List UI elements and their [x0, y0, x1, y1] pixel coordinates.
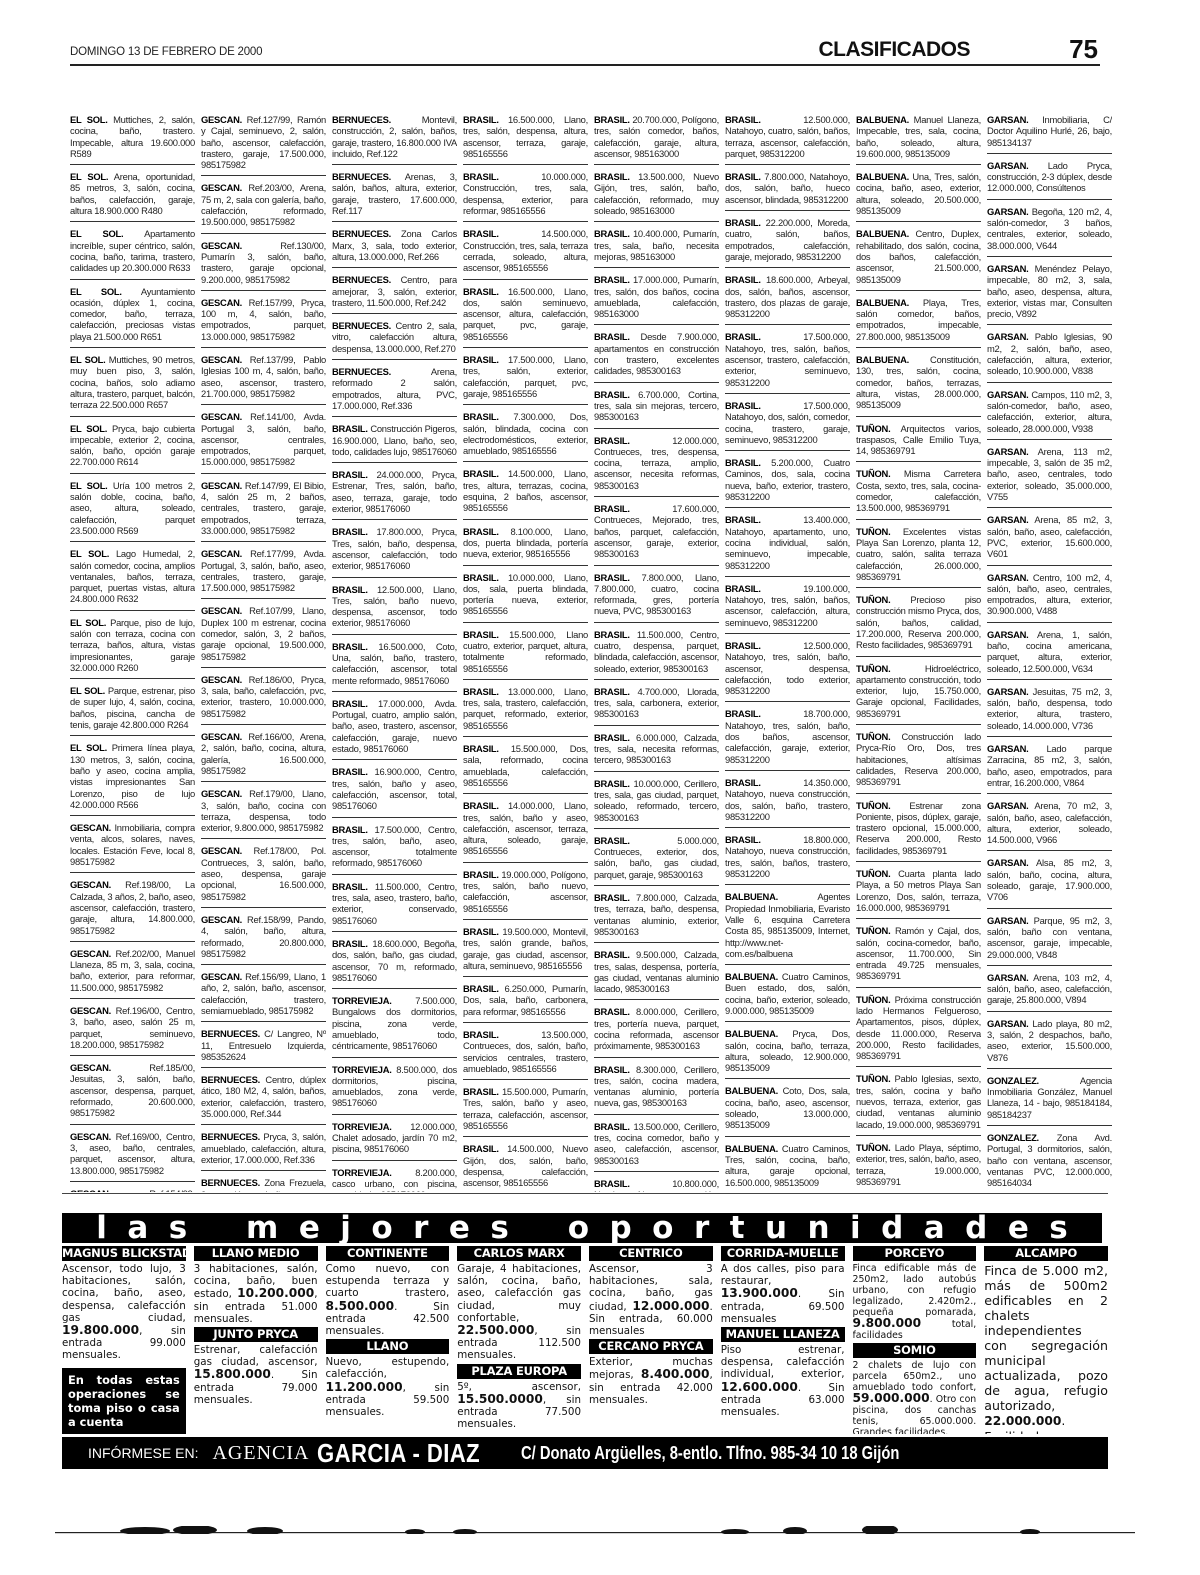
featured-text: 2 chalets de lujo con parcela 650m2., un…: [853, 1360, 977, 1393]
classified-ad: BALBUENA. Agentes Propiedad Inmobiliaria…: [725, 889, 850, 965]
banner-space: [529, 1213, 547, 1243]
featured-title: LLANO MEDIO: [194, 1246, 318, 1261]
ad-advertiser: BRASIL.: [594, 629, 630, 640]
featured-description: Exterior, muchas mejoras, 8.400.000, sin…: [589, 1356, 713, 1406]
classified-ad: BRASIL. 12.000.000, Contrueces, tres, de…: [594, 433, 719, 497]
ad-advertiser: BALBUENA.: [856, 354, 909, 365]
featured-title: PORCEYO: [853, 1246, 977, 1261]
featured-title: CERCANO PRYCA: [589, 1339, 713, 1354]
ad-advertiser: BRASIL.: [463, 926, 499, 937]
classified-ad: BRASIL. 17.800.000, Pryca, Tres, salón, …: [332, 524, 457, 577]
classified-ad: BRASIL. 15.500.000, Pumarín, Tres, salón…: [463, 1084, 588, 1137]
ad-advertiser: BRASIL.: [463, 983, 499, 994]
classified-ad: BRASIL. 17.500.000, Natahoyo, tres, saló…: [725, 329, 850, 393]
classified-ad: GESCAN. Ref.107/99, Llano, Duplex 100 m …: [201, 603, 326, 667]
featured-title: CORRIDA-MUELLE: [721, 1246, 845, 1261]
classified-ad: BRASIL. 17.500.000, Natahoyo, dos, salón…: [725, 398, 850, 451]
featured-text: Finca de 5.000 m2, más de 500m2 edificab…: [984, 1263, 1108, 1413]
banner-letter: s: [1049, 1213, 1067, 1243]
ad-advertiser: BALBUENA.: [725, 1028, 778, 1039]
ad-advertiser: BALBUENA.: [725, 1085, 778, 1096]
classified-ad: GARSAN. Alsa, 85 m2, 3, salón, baño, coc…: [987, 855, 1112, 908]
featured-description: Finca edificable más de 250m2, lado auto…: [853, 1263, 977, 1341]
ad-advertiser: TUÑON.: [856, 994, 890, 1005]
classified-ad: BRASIL. 9.500.000, Calzada, tres, salas,…: [594, 947, 719, 1000]
ad-advertiser: GESCAN.: [70, 948, 111, 959]
classified-ad: BRASIL. 17.000.000, Pumarín, tres, salón…: [594, 272, 719, 325]
featured-description: Ascensor, todo lujo, 3 habitaciones, sal…: [62, 1263, 186, 1362]
classified-ad: GESCAN. Ref.141/00, Avda. Portugal 3, sa…: [201, 409, 326, 473]
banner-letter: d: [965, 1213, 987, 1243]
featured-text: Estrenar, calefacción gas ciudad, ascens…: [194, 1344, 318, 1368]
ad-advertiser: BRASIL.: [332, 526, 368, 537]
footer-address: C/ Donato Argüelles, 8-entlo. Tlfno. 985…: [521, 1443, 899, 1464]
ad-advertiser: BERNUECES.: [332, 228, 391, 239]
featured-text: Como nuevo, con estupenda terraza y cuar…: [326, 1263, 450, 1299]
ad-advertiser: BRASIL.: [725, 331, 761, 342]
ad-advertiser: BALBUENA.: [856, 114, 909, 125]
ad-advertiser: TUÑON.: [856, 731, 890, 742]
classified-ad: GESCAN. Ref.196/00, Centro, 3, baño, ase…: [70, 1003, 195, 1056]
banner-letter: m: [246, 1213, 278, 1243]
ad-advertiser: GARSAN.: [987, 331, 1028, 342]
banner-letter: p: [610, 1213, 632, 1243]
ad-advertiser: BERNUECES.: [201, 1177, 260, 1188]
ad-advertiser: GARSAN.: [987, 743, 1028, 754]
classified-ad: BALBUENA. Playa, Tres, salón comedor, ba…: [856, 295, 981, 348]
scan-noise-decoration: [55, 1526, 1135, 1534]
classified-column: GARSAN. Inmobiliaria, C/ Doctor Aquilino…: [987, 112, 1112, 1192]
classified-ad: BRASIL. 13.500.000, Cerillero, tres, coc…: [594, 1119, 719, 1172]
banner-letter: o: [371, 1213, 392, 1243]
classified-ad: GESCAN. Ref.147/99, El Bibio, 4, salón 2…: [201, 478, 326, 542]
ad-advertiser: BRASIL.: [725, 834, 761, 845]
classified-ad: EL SOL. Parque, estrenar, piso de super …: [70, 683, 195, 736]
ad-advertiser: BRASIL.: [594, 835, 630, 846]
featured-price: 59.000.000: [853, 1391, 930, 1405]
classified-ad: TUÑON. Próxima construcción lado Hermano…: [856, 992, 981, 1068]
ad-advertiser: BRASIL.: [725, 400, 761, 411]
banner-letter: j: [340, 1213, 351, 1243]
ad-advertiser: BRASIL.: [594, 1178, 630, 1189]
ad-advertiser: GARSAN.: [987, 389, 1028, 400]
featured-title: MAGNUS BLICKSTAD: [62, 1246, 186, 1261]
classified-ad: TUÑON. Precioso piso construcción mismo …: [856, 592, 981, 656]
classified-ad: TORREVIEJA. 8.500.000, dos dormitorios, …: [332, 1062, 457, 1115]
classified-ad: BRASIL. 8.000.000, Cerillero, tres, port…: [594, 1004, 719, 1057]
classified-ad: BRASIL. 15.500.000, Llano cuatro, exteri…: [463, 627, 588, 680]
ad-advertiser: EL SOL.: [70, 548, 109, 559]
ad-advertiser: TUÑON.: [856, 663, 890, 674]
classified-ad: GESCAN. Ref.130/00, Pumarín 3, salón, ba…: [201, 238, 326, 291]
featured-description: 2 chalets de lujo con parcela 650m2., un…: [853, 1360, 977, 1434]
classified-ad: BRASIL. 18.700.000, Natahoyo, tres, saló…: [725, 706, 850, 770]
classified-ad: BRASIL. 8.100.000, Llano, dos, puerta bl…: [463, 524, 588, 566]
classified-ad: BRASIL. 7.300.000, Dos, salón, blindada,…: [463, 409, 588, 462]
featured-price: 15.800.000: [194, 1367, 271, 1381]
featured-price: 12.000.000: [632, 1299, 709, 1313]
ad-advertiser: BRASIL.: [594, 171, 630, 182]
banner-letter: o: [652, 1213, 673, 1243]
classified-ad: GESCAN. Ref.157/99, Pryca, 100 m, 4, sal…: [201, 295, 326, 348]
featured-column: CONTINENTEComo nuevo, con estupenda terr…: [326, 1244, 450, 1434]
classified-ad: TUÑON. Cuarta planta lado Playa, a 50 me…: [856, 866, 981, 919]
classified-ad: BRASIL. 16.900.000, Centro, tres, salón,…: [332, 764, 457, 817]
ad-advertiser: BERNUECES.: [332, 171, 391, 182]
classified-ad: GARSAN. Campos, 110 m2, 3, salón-comedor…: [987, 387, 1112, 440]
classified-ad: GARSAN. Lado playa, 80 m2, 3, salón, 2 d…: [987, 1016, 1112, 1069]
classified-ad: EL SOL. Pryca, bajo cubierta impecable, …: [70, 421, 195, 474]
ad-advertiser: BRASIL.: [594, 331, 630, 342]
ad-advertiser: GESCAN.: [201, 548, 242, 559]
ad-advertiser: BRASIL.: [463, 1029, 499, 1040]
ad-advertiser: BRASIL.: [725, 274, 761, 285]
ad-advertiser: GARSAN.: [987, 114, 1028, 125]
ad-advertiser: BRASIL.: [594, 1064, 630, 1075]
ad-advertiser: EL SOL.: [70, 286, 122, 297]
section-title: CLASIFICADOS: [819, 38, 971, 62]
classified-ad: BRASIL. 11.500.000, Centro, tres, sala, …: [332, 879, 457, 932]
classified-ad: TUÑON. Pablo Iglesias, sexto, tres, saló…: [856, 1071, 981, 1135]
ad-advertiser: TUÑON.: [856, 1073, 890, 1084]
classified-ad: BRASIL. 17.000.000, Avda. Portugal, cuat…: [332, 696, 457, 760]
ad-advertiser: BRASIL.: [332, 423, 368, 434]
classified-ad: TUÑON. Misma Carretera Costa, sexto, tre…: [856, 466, 981, 519]
ad-advertiser: BRASIL.: [725, 583, 761, 594]
classified-ad: BERNUECES. Pryca, 3, salón, amueblado, c…: [201, 1129, 326, 1171]
ad-advertiser: BRASIL.: [594, 274, 630, 285]
featured-price: 12.600.000: [721, 1380, 798, 1394]
ad-advertiser: EL SOL.: [70, 114, 108, 125]
classified-ad: GESCAN. Ref.169/00, Centro, 3, aseo, bañ…: [70, 1129, 195, 1182]
ad-advertiser: GARSAN.: [987, 572, 1028, 583]
classified-ad: BRASIL. 18.600.000, Begoña, dos, salón, …: [332, 936, 457, 989]
classified-ad: EL SOL. Muttiches, 90 metros, muy buen p…: [70, 352, 195, 416]
classified-ad: GESCAN. Ref.166/00, Arena, 2, salón, bañ…: [201, 729, 326, 782]
ad-advertiser: BALBUENA.: [725, 891, 778, 902]
featured-column: PORCEYOFinca edificable más de 250m2, la…: [853, 1244, 977, 1434]
featured-text: Garaje, 4 habitaciones, salón, cocina, b…: [457, 1263, 581, 1324]
classified-ad: BRASIL. 13.400.000, Natahoyo, apartament…: [725, 512, 850, 576]
ad-advertiser: GESCAN.: [201, 411, 242, 422]
classified-ad: GARSAN. Arena, 113 m2, impecable, 3, sal…: [987, 444, 1112, 508]
ad-advertiser: EL SOL.: [70, 354, 105, 365]
classified-ad: GESCAN. Ref.179/00, Llano, 3, salón, bañ…: [201, 786, 326, 839]
banner-letter: o: [568, 1213, 589, 1243]
ad-advertiser: GARSAN.: [987, 686, 1028, 697]
featured-description: Como nuevo, con estupenda terraza y cuar…: [326, 1263, 450, 1337]
ad-advertiser: BRASIL.: [725, 114, 761, 125]
ad-advertiser: BRASIL.: [463, 1143, 499, 1154]
featured-column: CARLOS MARXGaraje, 4 habitaciones, salón…: [457, 1244, 581, 1434]
featured-column: LLANO MEDIO3 habitaciones, salón, cocina…: [194, 1244, 318, 1434]
classified-column: BALBUENA. Manuel Llaneza, Impecable, tre…: [856, 112, 981, 1192]
featured-title: SOMIO: [853, 1343, 977, 1358]
ad-advertiser: BRASIL.: [594, 228, 630, 239]
classified-ad: EL SOL. Uría 100 metros 2, salón doble, …: [70, 478, 195, 542]
classified-ad: BRASIL. 19.100.000, Natahoyo, tres, saló…: [725, 581, 850, 634]
classified-ad: BRASIL. 17.600.000, Contrueces, Mejorado…: [594, 501, 719, 565]
banner-space: [208, 1213, 226, 1243]
classified-ad: GARSAN. Pablo Iglesias, 90 m2, 2, salón,…: [987, 329, 1112, 382]
classified-ad: BRASIL. 5.200.000, Cuatro Caminos, dos, …: [725, 455, 850, 508]
featured-column: ALCAMPOFinca de 5.000 m2, más de 500m2 e…: [984, 1244, 1108, 1434]
classified-ad: EL SOL. Muttiches, 2, salón, cocina, bañ…: [70, 112, 195, 165]
issue-date: DOMINGO 13 DE FEBRERO DE 2000: [70, 46, 262, 58]
classified-ad: GESCAN. Ref.185/00, Jesuitas, 3, salón, …: [70, 1060, 195, 1124]
classified-ad: BRASIL. 10.800.000, Natahoyo, Nueva cons…: [594, 1176, 719, 1192]
ad-advertiser: BRASIL.: [725, 777, 761, 788]
classified-ad: BERNUECES. Centro, dúplex ático, 180 M2,…: [201, 1072, 326, 1125]
ad-advertiser: BRASIL.: [594, 949, 630, 960]
classified-ad: GESCAN. Ref.127/99, Ramón y Cajal, semin…: [201, 112, 326, 176]
page-number: 75: [1069, 34, 1098, 65]
ad-advertiser: TUÑON.: [856, 468, 890, 479]
ad-advertiser: GARSAN.: [987, 206, 1028, 217]
ad-advertiser: GARSAN.: [987, 446, 1028, 457]
banner-letter: d: [881, 1213, 903, 1243]
ad-advertiser: TUÑON.: [856, 526, 890, 537]
columns-bottom-rule: [62, 1193, 1108, 1194]
ad-advertiser: GARSAN.: [987, 857, 1028, 868]
featured-title: LLANO: [326, 1339, 450, 1354]
ad-advertiser: BRASIL.: [725, 217, 761, 228]
classified-ad: EL SOL. Apartamento increíble, super cén…: [70, 226, 195, 279]
ad-advertiser: BALBUENA.: [856, 171, 909, 182]
ad-advertiser: BRASIL.: [594, 732, 630, 743]
classified-ad: TUÑON. Construcción lado Pryca-Río Oro, …: [856, 729, 981, 793]
classified-column: BRASIL. 20.700.000, Polígono, tres, saló…: [594, 112, 719, 1192]
classified-ad: EL SOL. Primera línea playa, 130 metros,…: [70, 740, 195, 816]
classified-ad: BRASIL. 14.000.000, Llano, tres, salón, …: [463, 798, 588, 862]
classified-ad: BRASIL. 8.300.000, Cerillero, tres, saló…: [594, 1062, 719, 1115]
classified-ad: BALBUENA. Coto, Dos, sala, cocina, baño,…: [725, 1083, 850, 1136]
classified-ad: BERNUECES. Arena, reformado 2 salón, emp…: [332, 364, 457, 417]
featured-column: CORRIDA-MUELLEA dos calles, piso para re…: [721, 1244, 845, 1434]
classified-ad: GESCAN. Ref.177/99, Avda. Portugal, 3, s…: [201, 546, 326, 599]
featured-text: Nuevo, estupendo, calefacción,: [326, 1356, 450, 1380]
classified-ad: BRASIL. 16.500.000, Llano, tres, salón, …: [463, 112, 588, 165]
banner-letter: n: [808, 1213, 830, 1243]
classified-ad: GARSAN. Centro, 100 m2, 4, salón, baño, …: [987, 570, 1112, 623]
featured-price: 22.500.000: [457, 1323, 534, 1337]
ad-advertiser: BRASIL.: [594, 686, 630, 697]
classified-ad: GARSAN. Begoña, 120 m2, 4, salón-comedor…: [987, 204, 1112, 257]
ad-advertiser: GESCAN.: [201, 297, 242, 308]
classified-ad: TUÑON. Excelentes vistas Playa San Loren…: [856, 524, 981, 588]
classified-ad: BERNUECES. Montevil, construcción, 2, sa…: [332, 112, 457, 165]
ad-advertiser: GONZALEZ.: [987, 1132, 1039, 1143]
ad-advertiser: BRASIL.: [463, 869, 499, 880]
ad-advertiser: GESCAN.: [201, 480, 242, 491]
banner-letter: e: [1008, 1213, 1029, 1243]
featured-title: CENTRICO: [589, 1246, 713, 1261]
classified-ad: GARSAN. Parque, 95 m2, 3, salón, baño co…: [987, 913, 1112, 966]
classified-ad: BRASIL. 14.500.000, Llano, tres, altura,…: [463, 466, 588, 519]
classified-ad: EL SOL. Lago Humedal, 2, salón comedor, …: [70, 546, 195, 610]
banner-letter: s: [169, 1213, 187, 1243]
classified-ad: BALBUENA. Centro, Duplex, rehabilitado, …: [856, 226, 981, 290]
classified-column: EL SOL. Muttiches, 2, salón, cocina, bañ…: [70, 112, 195, 1192]
classified-ad: EL SOL. Arena, oportunidad, 85 metros, 3…: [70, 169, 195, 222]
classified-ad: EL SOL. Ayuntamiento ocasión, dúplex 1, …: [70, 284, 195, 348]
featured-description: 3 habitaciones, salón, cocina, baño, bue…: [194, 1263, 318, 1325]
classified-ad: BRASIL. Construcción Pigeros, 16.900.000…: [332, 421, 457, 463]
banner-letter: l: [96, 1213, 107, 1243]
classified-ad: BERNUECES. Zona Carlos Marx, 3, sala, to…: [332, 226, 457, 268]
ad-advertiser: BERNUECES.: [332, 274, 391, 285]
classified-ad: BRASIL. 10.000.000, Llano, dos, sala, pu…: [463, 570, 588, 623]
classified-ad: BRASIL. 24.000.000, Pryca, Estrenar, Tre…: [332, 467, 457, 520]
ad-advertiser: GARSAN.: [987, 972, 1028, 983]
ad-advertiser: BRASIL.: [594, 503, 630, 514]
classified-ad: BRASIL. 6.000.000, Calzada, tres, sala, …: [594, 730, 719, 772]
ad-advertiser: GONZALEZ.: [987, 1075, 1039, 1086]
ad-advertiser: BRASIL.: [463, 228, 499, 239]
banner-las-mejores-oportunidades: las mejores oportunidades: [62, 1213, 1102, 1243]
featured-text: Finca edificable más de 250m2, lado auto…: [853, 1263, 977, 1318]
classified-ad: GARSAN. Arena, 1, salón, baño, cocina am…: [987, 627, 1112, 680]
classified-ad: BRASIL. 14.350.000, Natahoyo, nueva cons…: [725, 775, 850, 828]
ad-advertiser: BRASIL.: [332, 766, 368, 777]
ad-advertiser: BALBUENA.: [725, 971, 778, 982]
classified-ad: EL SOL. Parque, piso de lujo, salón con …: [70, 615, 195, 679]
classified-ad: BRASIL. 13.500.000, Contrueces, dos, sal…: [463, 1027, 588, 1080]
ad-advertiser: BALBUENA.: [856, 297, 909, 308]
masthead: DOMINGO 13 DE FEBRERO DE 2000 CLASIFICAD…: [70, 38, 1100, 66]
classified-ad: BRASIL. 14.500.000, Nuevo Gijón, dos, sa…: [463, 1141, 588, 1192]
classified-ad: GONZALEZ. Zona Avd. Portugal, 3 dormitor…: [987, 1130, 1112, 1192]
ad-advertiser: BRASIL.: [463, 800, 499, 811]
ad-advertiser: GESCAN.: [201, 788, 242, 799]
ad-advertiser: BRASIL.: [594, 572, 630, 583]
classified-ad: BRASIL. 12.500.000, Llano, Tres, salón, …: [332, 582, 457, 635]
ad-advertiser: EL SOL.: [70, 423, 107, 434]
classified-ad: TUÑON. Ramón y Cajal, dos, salón, cocina…: [856, 923, 981, 987]
ad-advertiser: TUÑON.: [856, 1142, 890, 1153]
classified-ad: BRASIL. 13.500.000, Nuevo Gijón, tres, s…: [594, 169, 719, 222]
ad-advertiser: BRASIL.: [594, 114, 630, 125]
classified-column: BRASIL. 16.500.000, Llano, tres, salón, …: [463, 112, 588, 1192]
featured-description: Piso estrenar, despensa, calefacción ind…: [721, 1344, 845, 1418]
banner-letter: r: [413, 1213, 428, 1243]
classified-ad: BRASIL. 20.700.000, Polígono, tres, saló…: [594, 112, 719, 165]
ad-advertiser: GESCAN.: [201, 354, 242, 365]
featured-price: 8.500.000: [326, 1299, 395, 1313]
ad-advertiser: BRASIL.: [463, 743, 499, 754]
classified-ad: BRASIL. 6.700.000, Cortina, tres, sala s…: [594, 387, 719, 429]
featured-price: 8.400.000: [641, 1367, 710, 1381]
ad-advertiser: BRASIL.: [594, 1006, 630, 1017]
classified-column: BRASIL. 12.500.000, Natahoyo, cuatro, sa…: [725, 112, 850, 1192]
ad-advertiser: TORREVIEJA.: [332, 1121, 392, 1132]
classified-ad: BERNUECES. Centro, para amejorar, 3, sal…: [332, 272, 457, 314]
ad-advertiser: GESCAN.: [201, 845, 242, 856]
featured-description: Nuevo, estupendo, calefacción, 11.200.00…: [326, 1356, 450, 1418]
ad-advertiser: BERNUECES.: [332, 320, 391, 331]
banner-letter: r: [694, 1213, 709, 1243]
banner-letter: u: [765, 1213, 787, 1243]
ad-advertiser: GESCAN.: [201, 240, 242, 251]
ad-advertiser: GESCAN.: [70, 1131, 111, 1142]
classified-ad: GARSAN. Inmobiliaria, C/ Doctor Aquilino…: [987, 112, 1112, 154]
trade-in-promo: En todas estas operaciones se toma piso …: [62, 1368, 186, 1434]
classified-ad: GARSAN. Menéndez Pelayo, impecable, 80 m…: [987, 261, 1112, 325]
classified-ad: BRASIL. 10.000.000, Construcción, tres, …: [463, 169, 588, 222]
ad-advertiser: BRASIL.: [332, 584, 368, 595]
featured-title: JUNTO PRYCA: [194, 1327, 318, 1342]
classified-ad: BRASIL. 12.500.000, Natahoyo, cuatro, sa…: [725, 112, 850, 165]
ad-advertiser: BRASIL.: [594, 389, 630, 400]
ad-advertiser: BRASIL.: [463, 686, 499, 697]
classified-ad: GARSAN. Arena, 103 m2, 4, salón, baño, a…: [987, 970, 1112, 1012]
classified-ad: GARSAN. Lado parque Zarracina, 85 m2, 3,…: [987, 741, 1112, 794]
ad-advertiser: BERNUECES.: [332, 114, 391, 125]
featured-column: CENTRICOAscensor, 3 habitaciones, sala, …: [589, 1244, 713, 1434]
featured-price: 10.200.000: [237, 1286, 314, 1300]
classified-ad: BRASIL. 19.500.000, Montevil, tres, saló…: [463, 924, 588, 977]
ad-advertiser: GESCAN.: [201, 114, 242, 125]
footer-agency-name: GARCIA - DIAZ: [317, 1438, 480, 1469]
classified-ad: BALBUENA. Manuel Llaneza, Impecable, tre…: [856, 112, 981, 165]
featured-text: 5º, ascensor,: [457, 1381, 581, 1393]
featured-title: MANUEL LLANEZA: [721, 1327, 845, 1342]
featured-title: ALCAMPO: [984, 1246, 1108, 1261]
classified-ad: BRASIL. 15.500.000, Dos, sala, reformado…: [463, 741, 588, 794]
classified-ad: TORREVIEJA. 7.500.000, Bungalows dos dor…: [332, 993, 457, 1057]
ad-advertiser: TORREVIEJA.: [332, 995, 392, 1006]
classified-ad: BRASIL. 14.500.000, Construcción, tres, …: [463, 226, 588, 279]
classified-ad: GARSAN. Lado Pryca, construcción, 2-3 dú…: [987, 158, 1112, 200]
ad-advertiser: BALBUENA.: [856, 228, 909, 239]
ad-advertiser: TUÑON.: [856, 423, 890, 434]
classified-ad: GESCAN. Ref.178/00, Pol. Contrueces, 3, …: [201, 843, 326, 907]
ad-advertiser: EL SOL.: [70, 742, 107, 753]
classified-columns: EL SOL. Muttiches, 2, salón, cocina, bañ…: [70, 112, 1110, 1192]
ad-advertiser: BERNUECES.: [332, 366, 391, 377]
classified-ad: BERNUECES. Zona Frezuela, 3, salón, baño…: [201, 1175, 326, 1192]
ad-advertiser: GARSAN.: [987, 263, 1028, 274]
classified-ad: TUÑON. Lado Playa, séptimo, exterior, tr…: [856, 1140, 981, 1192]
ad-advertiser: BRASIL.: [463, 171, 499, 182]
ad-advertiser: GESCAN.: [201, 182, 242, 193]
classified-ad: BRASIL. 13.000.000, Llano, tres, sala, t…: [463, 684, 588, 737]
classified-column: GESCAN. Ref.127/99, Ramón y Cajal, semin…: [201, 112, 326, 1192]
featured-description: 5º, ascensor, 15.500.0000, sin entrada 7…: [457, 1381, 581, 1431]
classified-ad: GESCAN. Ref.202/00, Manuel Llaneza, 85 m…: [70, 946, 195, 999]
featured-description: Estrenar, calefacción gas ciudad, ascens…: [194, 1344, 318, 1406]
ad-advertiser: EL SOL.: [70, 685, 105, 696]
classified-ad: GESCAN. Ref.158/99, Pando, 4, salón, bañ…: [201, 912, 326, 965]
classified-ad: GESCAN. Ref.198/00, La Calzada, 3 años, …: [70, 877, 195, 941]
classified-ad: GESCAN. Ref.186/00, Pryca, 3, sala, baño…: [201, 672, 326, 725]
classified-ad: BRASIL. 17.500.000, Llano, tres, salón, …: [463, 352, 588, 405]
featured-price: 15.500.0000: [457, 1392, 543, 1406]
featured-price: 22.000.000: [984, 1414, 1061, 1428]
ad-advertiser: TORREVIEJA.: [332, 1167, 392, 1178]
ad-advertiser: GESCAN.: [70, 1062, 111, 1073]
classified-ad: GESCAN. Ref.154/99, Jesuitas, 2, salón, …: [70, 1186, 195, 1192]
featured-price: 19.800.000: [62, 1323, 139, 1337]
ad-advertiser: BRASIL.: [463, 286, 499, 297]
classified-ad: TORREVIEJA. 8.200.000, casco urbano, con…: [332, 1165, 457, 1192]
ad-advertiser: BRASIL.: [332, 938, 368, 949]
ad-advertiser: BALBUENA.: [725, 1143, 778, 1154]
ad-advertiser: GESCAN.: [201, 971, 242, 982]
classified-ad: TORREVIEJA. 12.000.000, Chalet adosado, …: [332, 1119, 457, 1161]
featured-price: 13.900.000: [721, 1286, 798, 1300]
classified-ad: BRASIL. 16.500.000, Coto, Una, salón, ba…: [332, 639, 457, 692]
